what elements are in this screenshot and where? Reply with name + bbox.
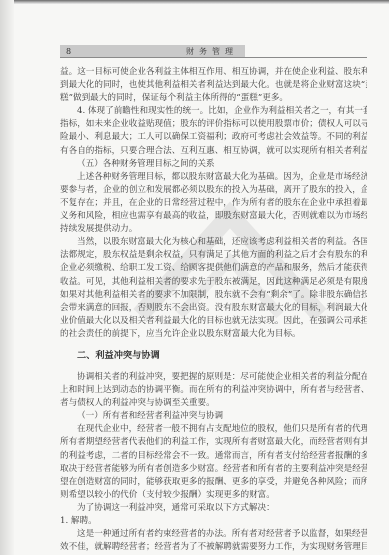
text-line: 所有者期望经营者代表他们的利益工作，实现所有者财富最大化，而经营者则有其自身: [60, 436, 367, 449]
page-number: 8: [66, 46, 71, 57]
text-line: 当然，以股东财富最大化为核心和基础，还应该考虑利益相关者的利益。各国公司: [60, 236, 367, 249]
text-line: 业价值最大化以及相关者利益最大化的目标也就无法实现。因此，在强调公司承担应尽: [60, 315, 367, 328]
text-line: 法都规定，股东权益是剩余权益，只有满足了其他方面的利益之后才会有股东的利益。: [60, 249, 367, 262]
text-line: 望在创造财富的同时，能够获取更多的报酬、更多的享受，并避免各种风险；而所有者: [60, 476, 367, 489]
section-heading: 二、利益冲突与协调: [60, 349, 367, 362]
body-text: 益。这一目标可使企业各利益主体相互作用、相互协调，并在使企业利益、股东利益达 到…: [60, 66, 367, 554]
text-line: 企业必须缴税、给职工发工资、给顾客提供他们满意的产品和服务，然后才能获得税后: [60, 262, 367, 275]
running-head-title: 财务管理: [186, 46, 238, 57]
text-line: 险最小、利息最大；工人可以确保工资福利；政府可考虑社会效益等。不同的利益相关者: [60, 131, 367, 144]
text-line: 为了协调这一利益冲突，通常可采取以下方式解决：: [60, 502, 367, 515]
text-line: 益。这一目标可使企业各利益主体相互作用、相互协调，并在使企业利益、股东利益达: [60, 66, 367, 79]
subsection-heading: （五）各种财务管理目标之间的关系: [60, 158, 367, 171]
text-line: 则希望以较小的代价（支付较少报酬）实现更多的财富。: [60, 489, 367, 502]
text-line: 到最大化的同时，也使其他利益相关者利益达到最大化。也就是将企业财富这块“蛋: [60, 79, 367, 92]
text-line: 持续发展提供动力。: [60, 223, 367, 236]
subsection-heading: （一）所有者和经营者利益冲突与协调: [60, 410, 367, 423]
text-line: 有各自的指标，只要合理合法、互利互惠、相互协调，就可以实现所有相关者利益最大化。: [60, 145, 367, 158]
running-head-rule: [60, 57, 367, 58]
text-line: 不复存在；并且，在企业的日常经营过程中，作为所有者的股东在企业中承担着最大的: [60, 197, 367, 210]
text-line: 义务和风险，相应也需享有最高的收益，即股东财富最大化，否则就难以为市场经济的: [60, 210, 367, 223]
text-line: 效不佳，就解聘经营者；经营者为了不被解聘就需要努力工作，为实现财务管理目标: [60, 541, 367, 554]
text-line: 上和时间上达到动态的协调平衡。而在所有的利益冲突协调中，所有者与经营者、所有: [60, 384, 367, 397]
text-line: 取决于经营者能够为所有者创造多少财富。经营者和所有者的主要利益冲突是经营者希: [60, 463, 367, 476]
text-line: 这是一种通过所有者约束经营者的办法。所有者对经营者予以监督，如果经营者绩: [60, 528, 367, 541]
text-line: 要参与者，企业的创立和发展都必须以股东的投入为基础，离开了股东的投入，企业就: [60, 184, 367, 197]
scan-left-margin: [0, 0, 14, 555]
text-line: 上述各种财务管理目标，都以股东财富最大化为基础。因为，企业是市场经济的主: [60, 171, 367, 184]
text-line: 在现代企业中，经营者一般不拥有占支配地位的股权，他们只是所有者的代理人。: [60, 423, 367, 436]
text-line: 的利益考虑，二者的目标经常会不一致。通常而言，所有者支付给经营者报酬的多少，: [60, 450, 367, 463]
text-line: 4. 体现了前瞻性和现实性的统一。比如，企业作为利益相关者之一，有其一套评价: [60, 105, 367, 118]
text-line: 的社会责任的前提下，应当允许企业以股东财富最大化为目标。: [60, 328, 367, 341]
text-line: 糕”做到最大的同时，保证每个利益主体所得的“蛋糕”更多。: [60, 92, 367, 105]
text-line: 收益。可见，其他利益相关者的要求先于股东被满足，因此这种满足必须是有限度的。: [60, 276, 367, 289]
text-line: 者与债权人的利益冲突与协调至关重要。: [60, 397, 367, 410]
numbered-item-heading: 1. 解聘。: [60, 515, 367, 528]
text-line: 如果对其他利益相关者的要求不加限制，股东就不会有“剩余”了。除非股东确信投资: [60, 289, 367, 302]
text-line: 指标，如未来企业收益贴现值；股东的评价指标可以使用股票市价；债权人可以寻求风: [60, 118, 367, 131]
text-line: 协调相关者的利益冲突，要把握的原则是：尽可能使企业相关者的利益分配在数量: [60, 371, 367, 384]
text-line: 会带来满意的回报，否则股东不会出资。没有股东财富最大化的目标，利润最大化、企: [60, 302, 367, 315]
